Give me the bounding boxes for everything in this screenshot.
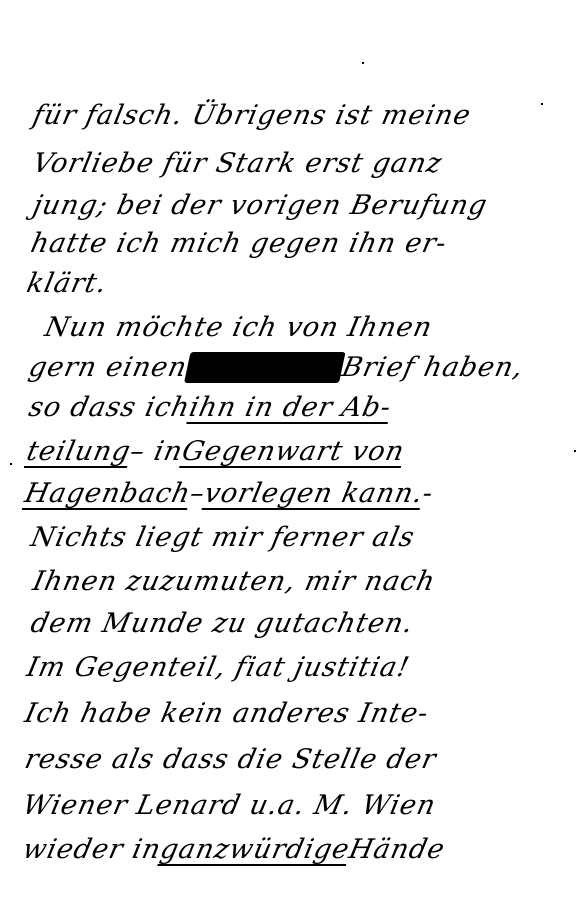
handwritten-line: Ich habe kein anderes Inte-	[22, 698, 579, 729]
line-text: Hände	[346, 834, 448, 865]
line-text: Vorliebe für Stark erst ganz	[30, 148, 445, 179]
line-text: Nun möchte ich von Ihnen	[42, 312, 435, 343]
handwritten-line: Nun möchte ich von Ihnen	[42, 312, 579, 343]
line-text: Ich habe kein anderes Inte-	[22, 698, 432, 729]
handwritten-line: gern einen Gutachten Brief haben,	[26, 352, 579, 383]
handwritten-line: dem Munde zu gutachten.	[28, 608, 579, 639]
line-text: klärt.	[24, 268, 110, 299]
line-text: jung; bei der vorigen Berufung	[30, 190, 490, 221]
handwritten-line: wieder in ganz würdige Hände	[20, 834, 579, 865]
handwritten-line: Im Gegenteil, fiat justitia!	[24, 652, 579, 683]
line-text: – in	[127, 436, 186, 467]
line-text: wieder in	[20, 834, 164, 865]
line-text: dem Munde zu gutachten.	[28, 608, 416, 639]
handwritten-line: für falsch. Übrigens ist meine	[30, 100, 579, 131]
line-text: so dass ich	[26, 392, 193, 423]
line-text: Brief haben,	[339, 352, 526, 383]
handwritten-line: Nichts liegt mir ferner als	[28, 522, 579, 553]
handwritten-line: hatte ich mich gegen ihn er-	[28, 228, 579, 259]
underlined-text: Gegenwart von	[179, 436, 407, 467]
struck-out-word: Gutachten	[184, 352, 346, 383]
underlined-text: teilung	[24, 436, 134, 467]
handwritten-line: jung; bei der vorigen Berufung	[30, 190, 579, 221]
underlined-text: ganz	[158, 834, 234, 865]
line-text: Wiener Lenard u.a. M. Wien	[20, 790, 439, 821]
line-text: Im Gegenteil, fiat justitia!	[24, 652, 413, 683]
handwritten-line: so dass ich ihn in der Ab-	[26, 392, 579, 423]
underlined-text: Hagenbach	[22, 478, 194, 509]
handwritten-line: Vorliebe für Stark erst ganz	[30, 148, 579, 179]
line-text: Ihnen zuzumuten, mir nach	[30, 566, 438, 597]
line-text: Nichts liegt mir ferner als	[28, 522, 418, 553]
line-text: resse als dass die Stelle der	[22, 744, 439, 775]
line-text: hatte ich mich gegen ihn er-	[28, 228, 450, 259]
handwritten-line: klärt.	[24, 268, 579, 299]
underlined-text: ihn in der Ab-	[187, 392, 395, 423]
handwritten-line: Ihnen zuzumuten, mir nach	[30, 566, 579, 597]
underlined-text: vorlegen kann.	[202, 478, 427, 509]
underlined-text: würdige	[227, 834, 353, 865]
handwritten-line: resse als dass die Stelle der	[22, 744, 579, 775]
line-text: gern einen	[26, 352, 190, 383]
handwritten-line: teilung – in Gegenwart von	[24, 436, 579, 467]
letter-page: für falsch. Übrigens ist meineVorliebe f…	[0, 0, 579, 899]
handwritten-line: Wiener Lenard u.a. M. Wien	[20, 790, 579, 821]
speck	[10, 463, 12, 465]
speck	[362, 62, 364, 64]
line-text: für falsch. Übrigens ist meine	[30, 100, 474, 131]
handwritten-line: Hagenbach – vorlegen kann. -	[22, 478, 579, 509]
